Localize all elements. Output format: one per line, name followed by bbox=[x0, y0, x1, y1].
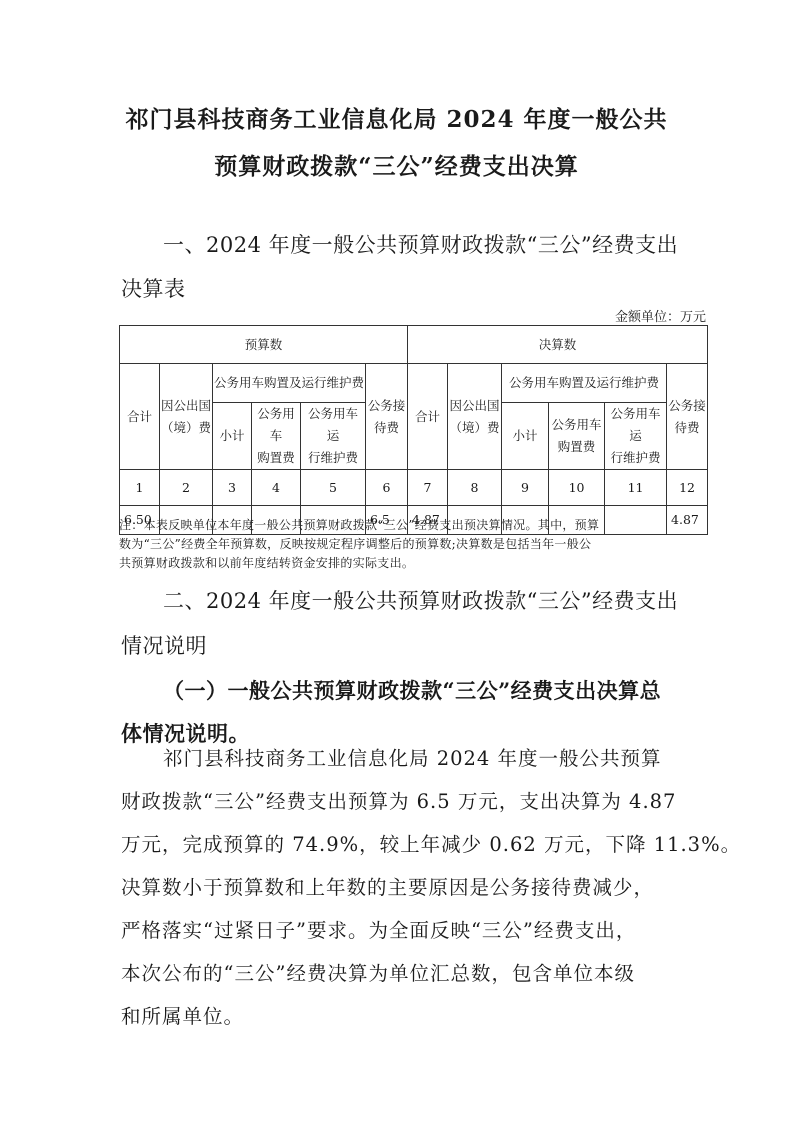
body-line-6: 本次公布的“三公”经费决算为单位汇总数，包含单位本级 bbox=[121, 955, 635, 993]
final-vehicle-purchase-header: 公务用车购置费 bbox=[549, 403, 605, 470]
budget-vehicle-purchase-header: 公务用车购置费 bbox=[252, 403, 301, 470]
document-title-line-1: 祁门县科技商务工业信息化局 2024 年度一般公共 bbox=[0, 101, 793, 134]
body-line-2: 财政拨款“三公”经费支出预算为 6.5 万元，支出决算为 4.87 bbox=[121, 783, 676, 821]
index-cell: 9 bbox=[502, 470, 549, 506]
section-1-heading-line-1: 一、2024 年度一般公共预算财政拨款“三公”经费支出 bbox=[163, 229, 678, 259]
subsection-1-heading-line-1: （一）一般公共预算财政拨款“三公”经费支出决算总 bbox=[163, 675, 661, 705]
index-cell: 1 bbox=[120, 470, 160, 506]
index-cell: 12 bbox=[667, 470, 708, 506]
document-title-line-2: 预算财政拨款“三公”经费支出决算 bbox=[0, 148, 793, 181]
index-cell: 3 bbox=[213, 470, 252, 506]
note-line-3: 共预算财政拨款和以前年度结转资金安排的实际支出。 bbox=[119, 554, 709, 573]
index-cell: 7 bbox=[408, 470, 448, 506]
budget-abroad-header: 因公出国（境）费 bbox=[160, 364, 213, 470]
body-line-7: 和所属单位。 bbox=[121, 998, 244, 1036]
final-subtotal-header: 小计 bbox=[502, 403, 549, 470]
index-row: 1 2 3 4 5 6 7 8 9 10 11 12 bbox=[120, 470, 708, 506]
body-line-3: 万元，完成预算的 74.9%，较上年减少 0.62 万元，下降 11.3%。 bbox=[121, 826, 741, 864]
three-public-expenses-table: 预算数 决算数 合计 因公出国（境）费 公务用车购置及运行维护费 公务接待费 合… bbox=[119, 325, 708, 535]
index-cell: 6 bbox=[366, 470, 408, 506]
index-cell: 4 bbox=[252, 470, 301, 506]
budget-reception-header: 公务接待费 bbox=[366, 364, 408, 470]
budget-subtotal-header: 小计 bbox=[213, 403, 252, 470]
final-vehicle-operation-header: 公务用车运行维护费 bbox=[605, 403, 667, 470]
section-2-heading-line-1: 二、2024 年度一般公共预算财政拨款“三公”经费支出 bbox=[163, 585, 678, 615]
table-note: 注：本表反映单位本年度一般公共预算财政拨款“三公”经费支出预决算情况。其中，预算… bbox=[119, 516, 709, 573]
note-line-1: 注：本表反映单位本年度一般公共预算财政拨款“三公”经费支出预决算情况。其中，预算 bbox=[119, 516, 709, 535]
final-total-header: 合计 bbox=[408, 364, 448, 470]
index-cell: 5 bbox=[301, 470, 366, 506]
index-cell: 8 bbox=[448, 470, 502, 506]
unit-label: 金额单位：万元 bbox=[615, 306, 706, 325]
final-vehicle-group-header: 公务用车购置及运行维护费 bbox=[502, 364, 667, 403]
body-line-1: 祁门县科技商务工业信息化局 2024 年度一般公共预算 bbox=[163, 740, 662, 778]
section-1-heading-line-2: 决算表 bbox=[121, 273, 186, 303]
index-cell: 2 bbox=[160, 470, 213, 506]
budget-vehicle-group-header: 公务用车购置及运行维护费 bbox=[213, 364, 366, 403]
final-reception-header: 公务接待费 bbox=[667, 364, 708, 470]
note-line-2: 数为“三公”经费全年预算数，反映按规定程序调整后的预算数;决算数是包括当年一般公 bbox=[119, 535, 709, 554]
budget-total-header: 合计 bbox=[120, 364, 160, 470]
budget-vehicle-operation-header: 公务用车运行维护费 bbox=[301, 403, 366, 470]
body-line-5: 严格落实“过紧日子”要求。为全面反映“三公”经费支出， bbox=[121, 912, 636, 950]
body-line-4: 决算数小于预算数和上年数的主要原因是公务接待费减少， bbox=[121, 869, 654, 907]
index-cell: 10 bbox=[549, 470, 605, 506]
index-cell: 11 bbox=[605, 470, 667, 506]
section-2-heading-line-2: 情况说明 bbox=[121, 630, 207, 660]
final-abroad-header: 因公出国（境）费 bbox=[448, 364, 502, 470]
final-group-header: 决算数 bbox=[408, 326, 708, 364]
budget-group-header: 预算数 bbox=[120, 326, 408, 364]
